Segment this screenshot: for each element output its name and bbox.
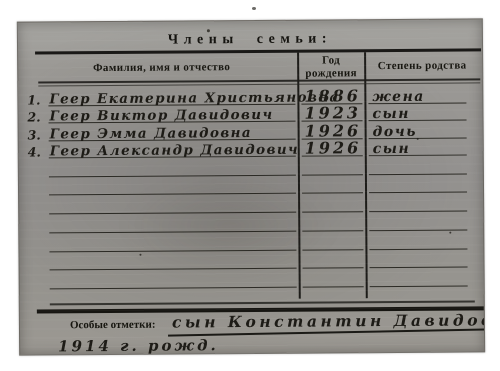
blank-line	[302, 158, 363, 175]
special-notes-handwriting-line2: 1914 г. рожд.	[58, 336, 219, 355]
cell-birth-year: 1926	[302, 122, 363, 139]
cell-kinship: сын	[369, 138, 467, 156]
handwritten-kinship: сын	[373, 141, 411, 157]
rule-under-header	[38, 78, 480, 86]
column-header-birth-year: Год рождения	[300, 54, 362, 81]
document-title: Члены семьи:	[18, 30, 482, 49]
handwritten-kinship: жена	[372, 89, 425, 105]
cell-kinship: жена	[368, 86, 466, 104]
blank-line	[49, 159, 296, 178]
table-row-4: 4. Геер Александр Давидович 1926 сын	[19, 138, 483, 158]
blank-line	[50, 271, 297, 290]
rule-under-title	[35, 48, 481, 54]
handwritten-name: Геер Александр Давидович	[50, 142, 299, 160]
table-row-2: 2. Геер Виктор Давидович 1923 сын	[18, 103, 482, 123]
handwritten-kinship: сын	[372, 106, 410, 122]
scan-page: Члены семьи: Фамилия, имя и отчество Год…	[0, 0, 500, 371]
cell-name: 2. Геер Виктор Давидович	[48, 105, 295, 124]
empty-row	[19, 175, 483, 195]
handwritten-year: 1923	[304, 103, 361, 122]
blank-line	[302, 251, 363, 268]
column-header-kinship: Степень родства	[365, 59, 479, 72]
blank-line	[369, 213, 467, 231]
handwritten-kinship: дочь	[373, 124, 417, 140]
row-number: 3.	[28, 127, 41, 142]
column-header-name: Фамилия, имя и отчество	[26, 61, 297, 75]
blank-line	[370, 269, 468, 287]
row-number: 2.	[27, 109, 40, 124]
blank-line	[369, 194, 467, 212]
handwritten-year: 1926	[305, 138, 362, 157]
cell-birth-year: 1923	[301, 104, 362, 121]
special-notes-handwriting: сын Константин Давидович	[172, 310, 485, 331]
blank-line	[302, 214, 363, 231]
cell-birth-year: 1926	[302, 139, 363, 156]
row-number: 1.	[27, 92, 40, 107]
cell-kinship: дочь	[369, 121, 467, 139]
empty-row	[19, 157, 483, 177]
blank-line	[369, 250, 467, 268]
blank-line	[49, 215, 296, 234]
dust-speck	[252, 7, 256, 10]
blank-line	[49, 177, 296, 196]
empty-row	[19, 213, 483, 233]
empty-row	[19, 194, 483, 214]
cell-birth-year: 1886	[301, 87, 362, 104]
blank-line	[302, 176, 363, 193]
cell-name: 1. Геер Екатерина Христьяновна	[48, 88, 295, 107]
blank-line	[49, 196, 296, 215]
blank-line	[302, 233, 363, 250]
special-notes-label: Особые отметки:	[70, 319, 156, 332]
cell-name: 3. Геер Эмма Давидовна	[49, 123, 296, 142]
cell-kinship: сын	[368, 103, 466, 121]
blank-line	[49, 234, 296, 253]
blank-line	[49, 252, 296, 271]
blank-line	[369, 232, 467, 250]
rule-table-bottom-thin	[50, 300, 475, 304]
blank-line	[369, 175, 467, 193]
blank-line	[303, 270, 364, 287]
blank-line	[302, 195, 363, 212]
cell-name: 4. Геер Александр Давидович	[49, 140, 296, 159]
row-number: 4.	[28, 144, 41, 159]
handwritten-name: Геер Виктор Давидович	[49, 107, 273, 125]
empty-row	[19, 250, 483, 270]
empty-row	[20, 269, 484, 289]
empty-row	[19, 232, 483, 252]
blank-line	[369, 157, 467, 175]
family-record-card: Члены семьи: Фамилия, имя и отчество Год…	[17, 18, 485, 355]
